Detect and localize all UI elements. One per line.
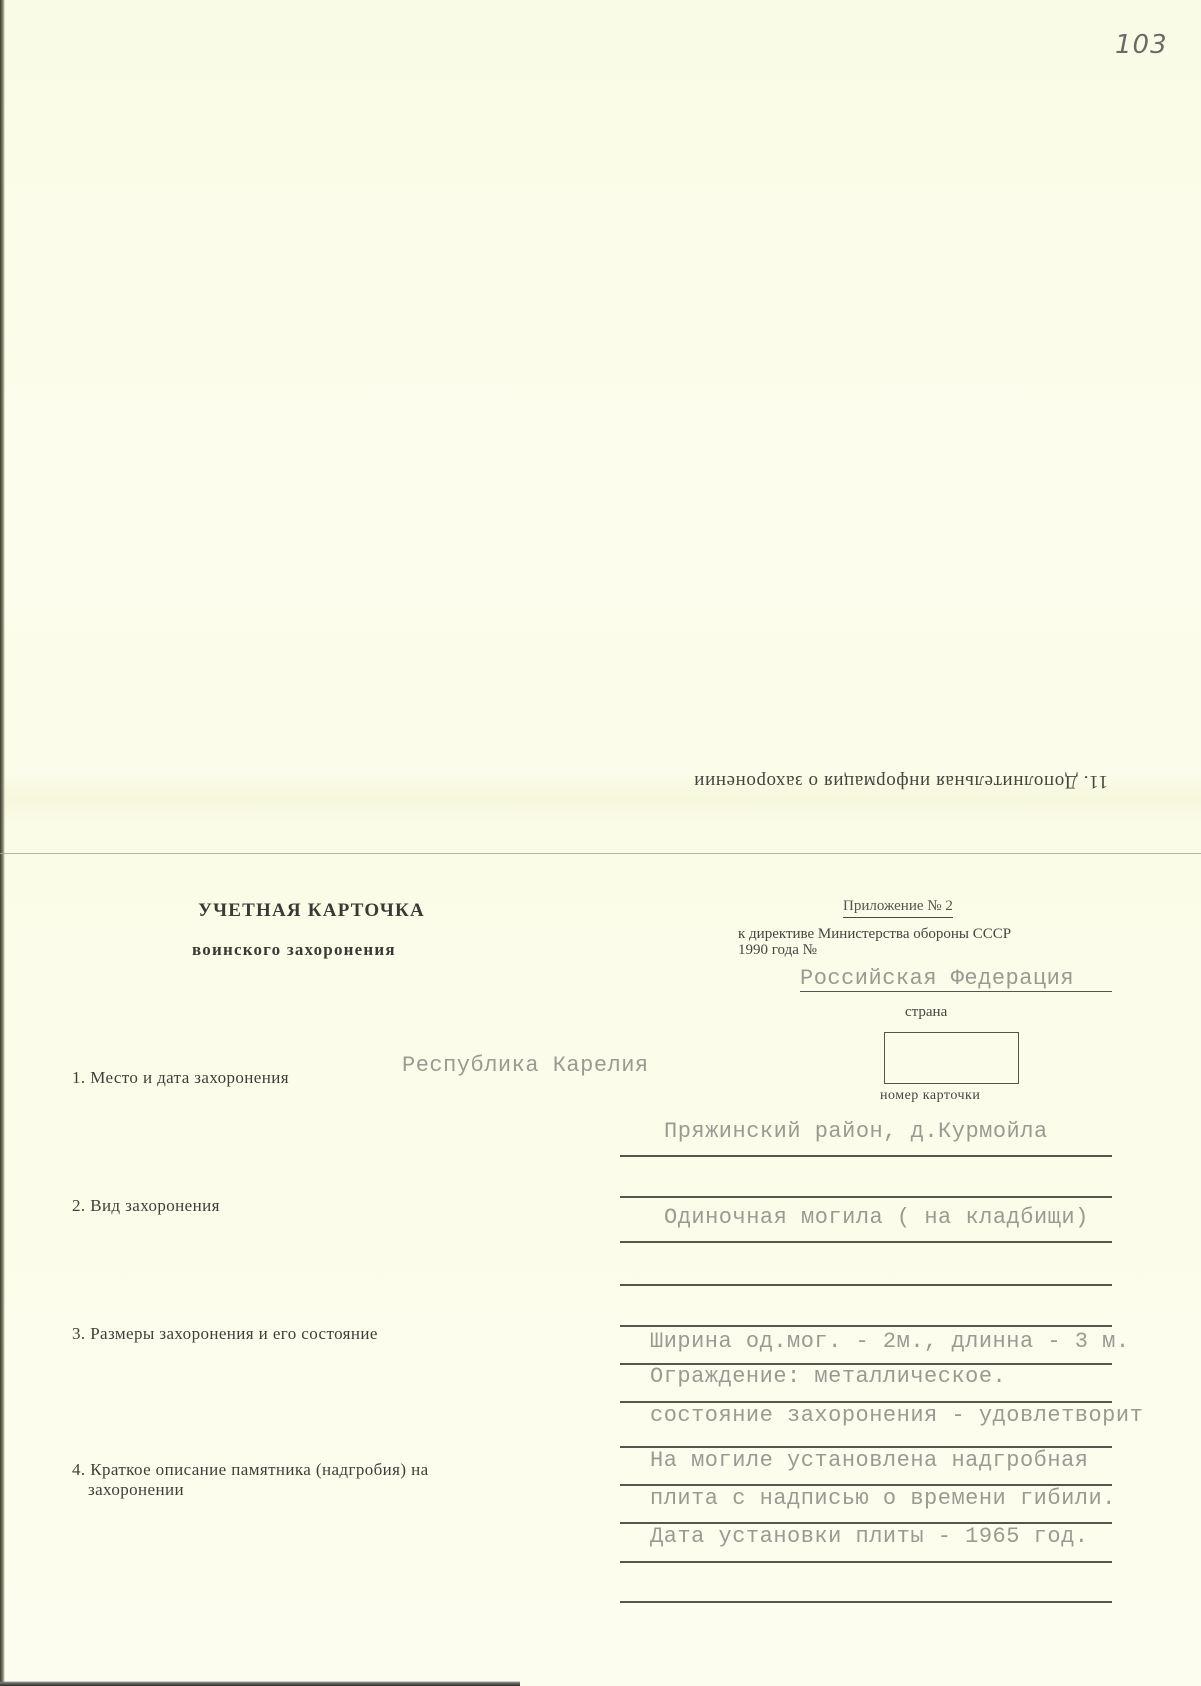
field-1-label: 1. Место и дата захоронения — [72, 1068, 289, 1088]
field-3-value-fence[interactable]: Ограждение: металлическое. — [650, 1364, 1006, 1389]
field-4-rule-5 — [620, 1601, 1112, 1603]
field-3-value-condition[interactable]: состояние захоронения - удовлетворит — [650, 1403, 1143, 1428]
field-4-label-line2: захоронении — [88, 1480, 184, 1500]
field-4-label-line1: 4. Краткое описание памятника (надгробия… — [72, 1460, 429, 1480]
country-field[interactable]: Российская Федерация — [800, 966, 1112, 992]
card-number-field[interactable] — [884, 1032, 1019, 1084]
handwritten-page-number: 103 — [1115, 30, 1168, 60]
field-3-value-dimensions[interactable]: Ширина од.мог. - 2м., длинна - 3 м. — [650, 1329, 1130, 1354]
reverse-side-heading: 11. Дополнительная информация о захороне… — [628, 770, 1108, 792]
field-4-value-line3[interactable]: Дата установки плиты - 1965 год. — [650, 1524, 1088, 1549]
field-4-value-line2[interactable]: плита с надписью о времени гибили. — [650, 1486, 1116, 1511]
field-4-value-line1[interactable]: На могиле установлена надгробная — [650, 1448, 1088, 1473]
appendix-directive: к директиве Министерства обороны СССР — [738, 926, 1011, 943]
appendix-year: 1990 года № — [738, 942, 817, 959]
field-1-value-locality[interactable]: Пряжинский район, д.Курмойла — [664, 1119, 1048, 1144]
field-2-value[interactable]: Одиночная могила ( на кладбищи) — [664, 1205, 1089, 1230]
field-1-rule-2 — [620, 1196, 1112, 1198]
field-1-value-region[interactable]: Республика Карелия — [402, 1053, 649, 1078]
fold-line — [0, 853, 1201, 854]
scan-edge-left — [0, 0, 5, 1686]
document-page: 103 11. Дополнительная информация о захо… — [0, 0, 1201, 1686]
appendix-title: Приложение № 2 — [843, 898, 953, 918]
card-subtitle: воинского захоронения — [192, 940, 396, 960]
field-4-rule-4 — [620, 1561, 1112, 1563]
field-2-rule-1 — [620, 1241, 1112, 1243]
field-2-rule-2 — [620, 1284, 1112, 1286]
card-title: УЧЕТНАЯ КАРТОЧКА — [198, 900, 425, 922]
field-1-rule-1 — [620, 1155, 1112, 1157]
card-number-label: номер карточки — [880, 1088, 980, 1104]
country-label: страна — [905, 1004, 947, 1021]
scan-edge-bottom — [0, 1681, 520, 1686]
field-2-label: 2. Вид захоронения — [72, 1196, 220, 1216]
field-3-rule-1 — [620, 1325, 1112, 1327]
field-3-label: 3. Размеры захоронения и его состояние — [72, 1324, 378, 1344]
